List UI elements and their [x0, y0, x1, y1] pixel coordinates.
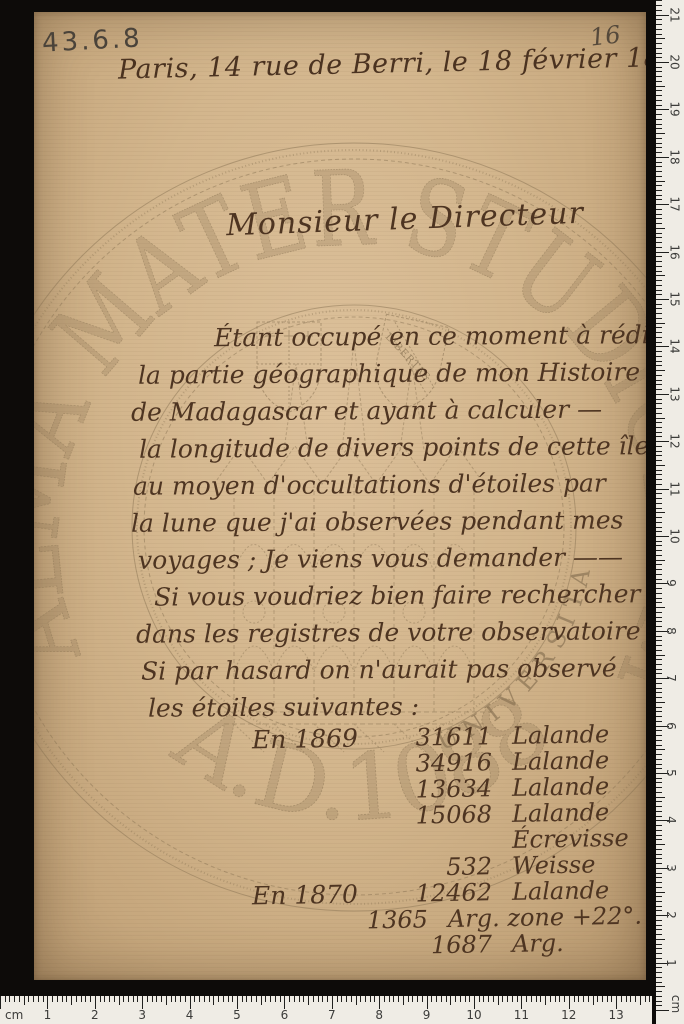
star-number: 12462 — [376, 879, 508, 907]
ruler-tick — [656, 517, 662, 518]
ruler-tick — [656, 181, 665, 182]
ruler-tick — [656, 190, 662, 191]
ruler-label: 8 — [375, 1008, 383, 1022]
right-ruler: cm123456789101112131415161718192021 — [656, 0, 684, 1024]
ruler-tick — [656, 484, 662, 485]
ruler-tick — [66, 996, 67, 1002]
ruler-tick — [656, 721, 662, 722]
ruler-tick — [9, 996, 10, 1002]
ruler-tick — [656, 498, 662, 499]
ruler-tick — [656, 0, 662, 1]
ruler-tick — [550, 996, 551, 1002]
ruler-tick — [656, 247, 662, 248]
ruler-tick — [656, 470, 662, 471]
ruler-label: 2 — [664, 911, 678, 919]
ruler-tick — [204, 996, 205, 1002]
ruler-tick — [512, 996, 513, 1002]
ruler-tick — [109, 996, 110, 1002]
ruler-tick — [656, 271, 662, 272]
ruler-tick — [656, 863, 662, 864]
ruler-tick — [656, 76, 662, 77]
ruler-tick — [498, 996, 499, 1005]
ruler-tick — [656, 564, 662, 565]
ruler-tick — [656, 996, 662, 997]
ruler-tick — [656, 745, 662, 746]
ruler-label: 1 — [44, 1008, 52, 1022]
letter-body-line: Si par hasard on n'aurait pas observé — [128, 649, 646, 690]
ruler-tick — [656, 308, 662, 309]
ruler-tick — [337, 996, 338, 1002]
ruler-tick — [408, 996, 409, 1002]
letter-body-line: de Madagascar et ayant à calculer — — [128, 390, 646, 431]
ruler-tick — [656, 228, 665, 229]
ruler-tick — [656, 67, 662, 68]
ruler-tick — [656, 95, 662, 96]
ruler-tick — [384, 996, 385, 1002]
ruler-tick — [656, 1005, 662, 1006]
ruler-tick — [564, 996, 565, 1002]
ruler-tick — [289, 996, 290, 1002]
ruler-tick — [656, 147, 662, 148]
ruler-tick — [656, 474, 662, 475]
ruler-tick — [656, 446, 662, 447]
ruler-tick — [280, 996, 281, 1002]
ruler-tick — [656, 593, 662, 594]
ruler-tick — [483, 996, 484, 1002]
ruler-tick — [630, 996, 631, 1002]
ruler-tick — [656, 607, 665, 608]
catalog-name: Weisse — [508, 851, 596, 879]
ruler-tick — [656, 133, 665, 134]
ruler-tick — [656, 849, 662, 850]
ruler-tick — [656, 920, 662, 921]
ruler-tick — [656, 451, 662, 452]
ruler-tick — [656, 934, 662, 935]
ruler-tick — [656, 574, 662, 575]
ruler-tick — [656, 825, 662, 826]
ruler-tick — [460, 996, 461, 1002]
ruler-tick — [656, 768, 662, 769]
ruler-tick — [656, 854, 662, 855]
ruler-label: 6 — [664, 722, 678, 730]
ruler-tick — [218, 996, 219, 1002]
ruler-tick — [71, 996, 72, 1005]
ruler-tick — [656, 266, 662, 267]
ruler-tick — [656, 531, 662, 532]
ruler-tick — [656, 621, 662, 622]
ruler-label: 11 — [668, 481, 682, 496]
ruler-tick — [656, 1001, 662, 1002]
ruler-tick — [656, 569, 662, 570]
catalog-name: Arg. zone +22°. — [444, 903, 643, 932]
letter-body: Étant occupé en ce moment à rédigerla pa… — [128, 318, 646, 725]
ruler-tick — [656, 323, 665, 324]
ruler-tick — [242, 996, 243, 1002]
ruler-tick — [656, 209, 662, 210]
ruler-tick — [656, 53, 662, 54]
star-number: 34916 — [376, 749, 508, 777]
ruler-tick — [656, 413, 662, 414]
star-observation-list: En 186931611Lalande34916Lalande13634Lala… — [252, 724, 642, 958]
ruler-tick — [351, 996, 352, 1002]
ruler-label: 7 — [664, 674, 678, 682]
ruler-tick — [479, 996, 480, 1002]
ruler-tick — [656, 503, 662, 504]
ruler-tick — [213, 996, 214, 1005]
ruler-tick — [656, 664, 662, 665]
ruler-tick — [635, 996, 636, 1002]
ruler-label: 3 — [664, 864, 678, 872]
ruler-tick — [656, 332, 662, 333]
ruler-tick — [90, 996, 91, 1002]
ruler-tick — [656, 673, 662, 674]
observation-year-label: En 1870 — [252, 881, 376, 909]
ruler-tick — [656, 143, 662, 144]
ruler-label: 2 — [91, 1008, 99, 1022]
ruler-tick — [656, 650, 662, 651]
ruler-tick — [656, 337, 662, 338]
ruler-tick — [656, 237, 662, 238]
ruler-tick — [502, 996, 503, 1002]
ruler-tick — [14, 996, 15, 1002]
ruler-tick — [611, 996, 612, 1002]
ruler-tick — [656, 114, 662, 115]
ruler-tick — [161, 996, 162, 1002]
ruler-tick — [602, 996, 603, 1002]
ruler-tick — [104, 996, 105, 1002]
ruler-tick — [656, 124, 662, 125]
catalog-name: Lalande — [508, 747, 610, 775]
ruler-tick — [536, 996, 537, 1002]
ruler-label: 9 — [664, 580, 678, 588]
ruler-label: 10 — [668, 528, 682, 543]
ruler-tick — [356, 996, 357, 1005]
ruler-tick — [656, 432, 662, 433]
ruler-tick — [656, 508, 662, 509]
ruler-tick — [38, 996, 39, 1002]
ruler-tick — [656, 389, 662, 390]
catalog-name: Lalande — [508, 877, 610, 905]
ruler-tick — [656, 873, 662, 874]
ruler-tick — [531, 996, 532, 1002]
ruler-tick — [469, 996, 470, 1002]
ruler-tick — [119, 996, 120, 1005]
ruler-tick — [656, 626, 662, 627]
ruler-tick — [540, 996, 541, 1002]
ruler-tick — [656, 19, 662, 20]
ruler-tick — [656, 408, 662, 409]
ruler-tick — [656, 460, 662, 461]
ruler-tick — [645, 996, 646, 1002]
ruler-tick — [123, 996, 124, 1002]
ruler-tick — [374, 996, 375, 1002]
ruler-label: 8 — [664, 627, 678, 635]
ruler-tick — [656, 176, 662, 177]
catalog-name: Lalande — [508, 773, 610, 801]
ruler-tick — [656, 697, 662, 698]
ruler-label: 1 — [664, 959, 678, 967]
ruler-tick — [322, 996, 323, 1002]
ruler-tick — [656, 214, 662, 215]
ruler-tick — [656, 375, 662, 376]
ruler-tick — [81, 996, 82, 1002]
ruler-tick — [656, 522, 662, 523]
ruler-tick — [656, 138, 662, 139]
ruler-tick — [28, 996, 29, 1002]
catalog-name: Lalande — [508, 799, 610, 827]
ruler-tick — [656, 655, 665, 656]
ruler-tick — [251, 996, 252, 1002]
ruler-tick — [656, 797, 665, 798]
ruler-tick — [431, 996, 432, 1002]
letter-body-line: la partie géographique de mon Histoire — [128, 353, 646, 394]
ruler-tick — [640, 996, 641, 1005]
ruler-tick — [656, 778, 662, 779]
ruler-tick — [656, 479, 662, 480]
ruler-tick — [626, 996, 627, 1002]
ruler-tick — [656, 256, 662, 257]
ruler-tick — [194, 996, 195, 1002]
ruler-label: 16 — [668, 244, 682, 259]
ruler-tick — [656, 944, 662, 945]
ruler-tick — [656, 702, 665, 703]
letter-salutation: Monsieur le Directeur — [225, 196, 584, 243]
observation-year-label — [252, 777, 376, 805]
ruler-tick — [656, 735, 662, 736]
ruler-tick — [656, 764, 662, 765]
ruler-tick — [360, 996, 361, 1002]
ruler-tick — [656, 787, 662, 788]
ruler-tick — [656, 636, 662, 637]
ruler-tick — [303, 996, 304, 1002]
ruler-tick — [656, 38, 665, 39]
star-number: 1687 — [376, 931, 508, 959]
ruler-label: 13 — [609, 1008, 624, 1022]
ruler-tick — [341, 996, 342, 1002]
ruler-tick — [526, 996, 527, 1002]
ruler-tick — [597, 996, 598, 1002]
ruler-tick — [649, 996, 650, 1002]
letter-body-line: dans les registres de votre observatoire — [128, 612, 646, 653]
ruler-label: 15 — [668, 291, 682, 306]
ruler-tick — [656, 261, 662, 262]
ruler-tick — [299, 996, 300, 1002]
ruler-tick — [656, 716, 662, 717]
ruler-tick — [656, 361, 662, 362]
ruler-tick — [656, 688, 662, 689]
ruler-tick — [555, 996, 556, 1002]
ruler-tick — [156, 996, 157, 1002]
ruler-label: cm — [669, 995, 683, 1013]
observation-row: 1687Arg. — [252, 929, 642, 962]
ruler-tick — [656, 901, 662, 902]
catalog-name: Arg. — [508, 930, 564, 957]
ruler-tick — [656, 171, 662, 172]
letter-body-line: Si vous voudriez bien faire rechercher —… — [128, 575, 646, 616]
ruler-tick — [656, 43, 662, 44]
ruler-tick — [656, 896, 662, 897]
ruler-tick — [412, 996, 413, 1002]
ruler-tick — [656, 692, 662, 693]
ruler-tick — [517, 996, 518, 1002]
ruler-tick — [656, 327, 662, 328]
ruler-tick — [656, 669, 662, 670]
catalog-name: Écrevisse — [508, 825, 629, 853]
ruler-tick — [656, 285, 662, 286]
ruler-tick — [656, 342, 662, 343]
ruler-tick — [318, 996, 319, 1002]
ruler-tick — [465, 996, 466, 1002]
ruler-tick — [166, 996, 167, 1005]
ruler-tick — [656, 166, 662, 167]
ruler-tick — [137, 996, 138, 1002]
ruler-tick — [593, 996, 594, 1005]
ruler-tick — [588, 996, 589, 1002]
ruler-tick — [656, 830, 662, 831]
ruler-label: 3 — [138, 1008, 146, 1022]
ruler-tick — [656, 982, 662, 983]
ruler-tick — [656, 683, 662, 684]
letter-dateline: Paris, 14 rue de Berri, le 18 février 18… — [118, 41, 646, 85]
ruler-tick — [656, 707, 662, 708]
ruler-tick — [656, 34, 662, 35]
ruler-tick — [578, 996, 579, 1002]
ruler-tick — [656, 380, 662, 381]
ruler-tick — [656, 839, 662, 840]
ruler-tick — [656, 948, 662, 949]
star-number: 15068 — [376, 801, 508, 829]
ruler-tick — [209, 996, 210, 1002]
ruler-label: 12 — [668, 434, 682, 449]
star-number: 31611 — [376, 723, 508, 751]
ruler-tick — [656, 877, 662, 878]
ruler-tick — [19, 996, 20, 1002]
ruler-tick — [185, 996, 186, 1002]
catalog-name: Lalande — [508, 721, 610, 749]
ruler-tick — [147, 996, 148, 1002]
ruler-tick — [246, 996, 247, 1002]
ruler-tick — [656, 598, 662, 599]
ruler-tick — [559, 996, 560, 1002]
ruler-tick — [656, 555, 662, 556]
ruler-tick — [656, 294, 662, 295]
ruler-tick — [370, 996, 371, 1002]
ruler-tick — [152, 996, 153, 1002]
ruler-tick — [76, 996, 77, 1002]
ruler-label: 18 — [668, 149, 682, 164]
ruler-tick — [656, 418, 665, 419]
ruler-tick — [656, 318, 662, 319]
ruler-tick — [436, 996, 437, 1002]
ruler-tick — [545, 996, 546, 1005]
ruler-label: 4 — [664, 817, 678, 825]
ruler-tick — [621, 996, 622, 1002]
ruler-label: 5 — [664, 769, 678, 777]
ruler-tick — [294, 996, 295, 1002]
ruler-tick — [656, 882, 662, 883]
ruler-tick — [656, 356, 662, 357]
ruler-label: 14 — [668, 339, 682, 354]
ruler-tick — [656, 493, 662, 494]
ruler-tick — [574, 996, 575, 1002]
ruler-tick — [228, 996, 229, 1002]
ruler-tick — [656, 365, 662, 366]
ruler-tick — [656, 10, 662, 11]
ruler-tick — [493, 996, 494, 1002]
ruler-tick — [656, 24, 662, 25]
ruler-tick — [656, 242, 662, 243]
ruler-tick — [656, 640, 662, 641]
letter-page: ALMA MATER STUDIORUM A.D.1088 UNIVERSITA — [34, 12, 646, 980]
ruler-tick — [327, 996, 328, 1002]
ruler-tick — [43, 996, 44, 1002]
ruler-tick — [656, 602, 662, 603]
ruler-tick — [656, 422, 662, 423]
ruler-tick — [656, 659, 662, 660]
ruler-tick — [5, 996, 6, 1002]
ruler-tick — [656, 892, 665, 893]
ruler-tick — [656, 991, 662, 992]
ruler-label: 4 — [186, 1008, 194, 1022]
ruler-tick — [52, 996, 53, 1002]
ruler-tick — [422, 996, 423, 1002]
ruler-label: 19 — [668, 102, 682, 117]
ruler-tick — [656, 427, 662, 428]
ruler-label: 17 — [668, 197, 682, 212]
ruler-tick — [446, 996, 447, 1002]
ruler-tick — [128, 996, 129, 1002]
letter-body-line: voyages ; Je viens vous demander —— — [128, 538, 646, 579]
ruler-tick — [656, 740, 662, 741]
ruler-tick — [656, 835, 662, 836]
ruler-tick — [417, 996, 418, 1002]
ruler-tick — [656, 711, 662, 712]
ruler-tick — [656, 90, 662, 91]
ruler-tick — [656, 545, 662, 546]
ruler-tick — [656, 887, 662, 888]
star-number: 13634 — [376, 775, 508, 803]
letter-body-line: la lune que j'ai observées pendant mes — [128, 501, 646, 542]
ruler-tick — [656, 100, 662, 101]
ruler-tick — [488, 996, 489, 1002]
ruler-tick — [656, 811, 662, 812]
ruler-label: 13 — [668, 386, 682, 401]
ruler-tick — [656, 844, 665, 845]
ruler-tick — [656, 399, 662, 400]
ruler-tick — [656, 759, 662, 760]
ruler-label: 6 — [281, 1008, 289, 1022]
star-number: 532 — [376, 853, 508, 881]
ruler-tick — [223, 996, 224, 1002]
ruler-tick — [656, 275, 665, 276]
ruler-tick — [389, 996, 390, 1002]
ruler-tick — [261, 996, 262, 1005]
ruler-tick — [656, 128, 662, 129]
ruler-tick — [656, 351, 662, 352]
ruler-tick — [133, 996, 134, 1002]
ruler-tick — [62, 996, 63, 1002]
ruler-tick — [656, 290, 662, 291]
ruler-tick — [656, 560, 665, 561]
ruler-tick — [607, 996, 608, 1002]
ruler-tick — [656, 162, 662, 163]
observation-year-label — [252, 933, 376, 961]
ruler-tick — [0, 996, 1, 1009]
star-number — [376, 827, 508, 855]
ruler-tick — [656, 195, 662, 196]
ruler-tick — [265, 996, 266, 1002]
ruler-tick — [656, 455, 662, 456]
